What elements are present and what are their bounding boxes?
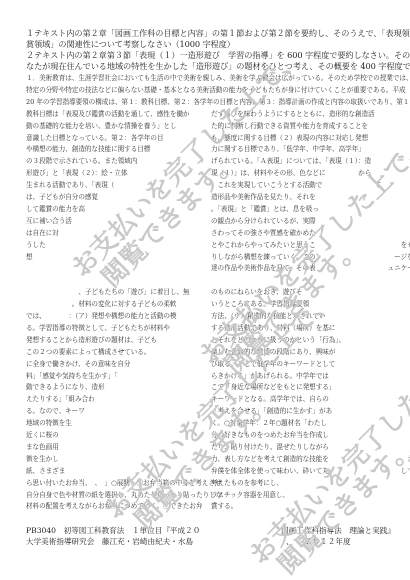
body-line-left: 生まれる活動であり、「表現（ — [26, 181, 114, 189]
body-line-left: １．美術教育は、生涯学習社会においても生活の中で美術を親しみ、美術を学ぶ機会は広… — [26, 74, 410, 82]
body-line-right: りしながら構想を練っていく。この ージをもつ能力 — [211, 253, 410, 261]
body-line-left: は、子どもが自分の感覚 — [26, 193, 98, 201]
body-line-right: キーワードとなる。高学年では、自らの — [211, 395, 329, 403]
body-line-left: る。なので、キーワ — [26, 407, 85, 415]
body-line-right: いうところにある。学習指導要領 — [211, 300, 309, 308]
body-line-left: 。材料の変化に対する子どもの柔軟 — [26, 300, 177, 308]
body-line-right: 「考えを合せる」「創造的に生かす」があ — [211, 407, 332, 415]
body-line-left: 近くに桜の — [26, 431, 59, 439]
reference-line-2-left: 大学美術指導研究会 藤江充・岩崎由紀夫・水島 — [26, 537, 193, 547]
body-line-left: る。学習指導の特徴として、子どもたちが材料や — [26, 324, 170, 332]
body-line-left: 紙、さまざま — [26, 467, 65, 475]
body-line-left: ら思い付いたお弁当、 、 」○展開：①お弁当箱の中身を考えさせ — [26, 479, 221, 487]
body-line-right: 方法、（ウ）創造的な技能と示されてい — [211, 312, 326, 320]
body-line-right: 。「表現」と「鑑賞」とは、息を吸っ い — [211, 205, 410, 213]
reference-line-1-right: 図画工作科指導法 理論と実践』 — [281, 526, 395, 536]
body-line-right: も、態度に関する目標（２）表現の内容に対応し発想 — [211, 134, 368, 142]
body-line-left: に全身で働きかけ、その意味を自分 — [26, 360, 130, 368]
body-line-right: さわってその強さや質感を確かめた て、そ — [211, 229, 410, 237]
body-line-right: び取る。そこで低学年のキーワードとして — [211, 360, 335, 368]
body-line-right: く。○対象学年：２年○題材名「わたし ： — [211, 419, 410, 427]
body-line-right: 賞する。 — [211, 502, 237, 510]
body-line-right: 楽しむ意欲的な発達の段階にあり、興味が — [211, 348, 335, 356]
reference-line-2-right: 、 ２０１２年度 — [286, 537, 351, 547]
body-line-right: だす喜びを味わうようにするとともに、造形的な創造活 — [211, 110, 375, 118]
body-line-right: の観点から分けられているが、実際 ども — [211, 217, 410, 225]
body-line-right: とそれをどのように扱うのかという「行為」、 — [211, 336, 345, 344]
question-1-line-1: １テキスト内の第２章「図画工作科の目標と内容」の第１節および第２節を要約し、その… — [26, 28, 410, 39]
body-line-right: 現（１）」は、材料やその形、色などに から — [211, 169, 371, 177]
body-line-left: 発想することから造形遊びの題材は、子ども — [26, 336, 157, 344]
body-line-left: まな色画用 — [26, 443, 59, 451]
body-line-left: 形遊び」と「表現（２）：絵・立体 — [26, 169, 127, 177]
body-line-right: た的に判断し行動できる資質や能力を育成することを — [211, 122, 368, 130]
body-line-left: 動できるようになり、造形 — [26, 383, 105, 391]
body-line-right: こで「身近な場所などをもとに発想する」 — [211, 383, 335, 391]
body-line-right: 考えたものを参考にし、 — [211, 479, 283, 487]
body-line-left: や構想の能力、創造的な技能に関する目標 — [26, 145, 150, 153]
body-line-right: げられている。「Ａ表現」については、「表現（１）：造 — [211, 157, 371, 165]
body-line-right: する造形活動であり、材料（場所）を基に — [211, 324, 335, 332]
body-line-left: 徴を生かし — [26, 455, 59, 463]
body-line-left: 意識した目標となっている。第２：各学年の目 — [26, 134, 163, 142]
body-line-right: 、これを実現していこうとする活動で て — [211, 181, 381, 189]
body-line-left: 地域の特徴を生 — [26, 419, 72, 427]
body-line-left: 自分自身で色や材質の紙を選択し、丸めたり切ったり貼ったりしな — [26, 491, 222, 499]
body-line-left: は自在に対 — [26, 229, 59, 237]
body-line-left: 互に補い合う活 — [26, 217, 72, 225]
body-line-right: とやこれからやってみたいと思うこ をもって発 — [211, 241, 410, 249]
body-line-right: 力に関する目標であり、「低学年、中学年、高学年」 — [211, 145, 365, 153]
document-page: １テキスト内の第２章「図画工作科の目標と内容」の第１節および第２節を要約し、その… — [0, 0, 410, 580]
body-line-left: 動の基礎的な能力を培い、豊かな情操を養う」とし — [26, 122, 177, 130]
question-1-line-2: 賞領域」の関連性について考察しなさい（1000 字程度） — [26, 39, 235, 50]
body-line-left: して鑑賞の能力を高 — [26, 205, 85, 213]
question-2-line-1: ２テキスト内の第２章第３節「表現（１）一造形遊び 学習の指導」を 600 字程度… — [26, 50, 410, 61]
body-line-left: 特定の分野や特定の技法などに偏らない基礎・基本となる美術活動の能力を子どもたちが… — [26, 86, 406, 94]
body-line-right: 造形品や美術作品を見たり、それを — [211, 193, 316, 201]
reference-line-1-left: PB3040 初等図工科教育法 １単位目『平成２０ — [26, 526, 200, 536]
body-line-right: のものにねらいをおき、遊びそ — [211, 288, 302, 296]
body-line-left: 教科目標は「表現及び鑑賞の活動を通して、感性を働か — [26, 110, 189, 118]
body-line-left: うした — [26, 241, 46, 249]
body-line-left: 想 — [26, 253, 33, 261]
body-line-right: らきかける」があげられる。中学年では — [211, 372, 329, 380]
body-line-left: えたりする」「組み合わ — [26, 395, 95, 403]
body-line-right: 力、表し方などを考えて創造的な技能を ざまな色画用 — [211, 455, 410, 463]
body-line-left: この２つの要素によって構成させている。 — [26, 348, 150, 356]
body-line-left: の３段階で示されている。また領域内 — [26, 157, 137, 165]
question-2-line-2: なたが現在住んでいる地域の特性を生かした「造形遊び」の題材をひとつ考え、その概要… — [26, 61, 410, 72]
body-line-right: 達の作品や美術作品を見て、その表 ュニケーションとし — [211, 264, 410, 272]
body-line-left: 20 年の学習指導要領の構成は、第１：教科目標、第２：各学年の目標と内容、第３：… — [26, 98, 410, 106]
body-line-left: では、 ：（ア）発想や構想の能力と活動の模 — [26, 312, 176, 320]
body-line-right: 弁僕を体全体を使って味わい、砕いて丸 して形を変えなが — [211, 467, 410, 475]
body-line-right: 分の好きなものをつめたお弁当を作成し まざ — [211, 431, 410, 439]
body-line-left: 、子どもたちの「遊び」に着目し、無 — [26, 288, 190, 296]
body-line-right: たり、貼り付けたり、混ぜたりしながら 材料の特 — [211, 443, 410, 451]
body-line-left: 材料の配置を考えながらお弁当につめていく。④できたお弁 — [26, 502, 202, 510]
body-line-left: 料」「感覚や気持ちを生かす」「 — [26, 372, 118, 380]
body-line-right: ラスチック容器を用意し、 — [211, 491, 289, 499]
